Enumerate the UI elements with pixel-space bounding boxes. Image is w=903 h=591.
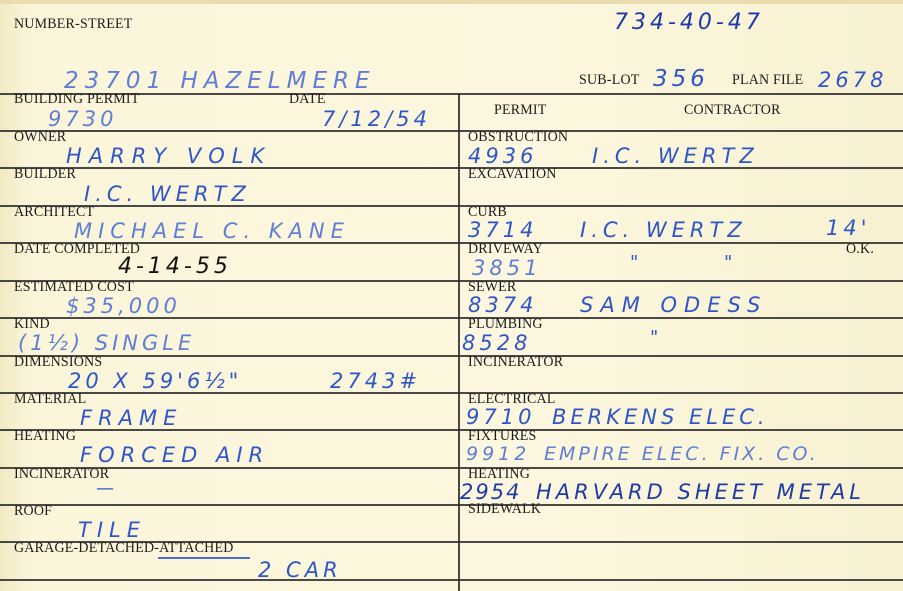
address-value: 23701 HAZELMERE: [64, 68, 376, 94]
date-label: DATE: [289, 92, 326, 109]
plumbing-contractor: ": [650, 327, 662, 348]
builder-value: I.C. WERTZ: [84, 182, 251, 206]
fixtures-permit: 9912: [466, 443, 530, 465]
building-permit-value: 9730: [48, 107, 117, 131]
permit-header: PERMIT: [494, 103, 547, 120]
permit-card: NUMBER-STREET 734-40-47 23701 HAZELMERE …: [0, 0, 903, 591]
date-completed-value: 4-14-55: [118, 254, 232, 279]
owner-value: HARRY VOLK: [66, 144, 271, 168]
material-label: MATERIAL: [14, 392, 86, 409]
incinerator-right-label: INCINERATOR: [468, 355, 563, 372]
roof-label: ROOF: [14, 504, 52, 521]
number-street-label: NUMBER-STREET: [14, 17, 133, 34]
owner-label: OWNER: [14, 130, 66, 147]
incinerator-label: INCINERATOR: [14, 467, 109, 484]
electrical-contractor: BERKENS ELEC.: [552, 405, 769, 429]
obstruction-contractor: I.C. WERTZ: [592, 144, 759, 168]
garage-value: 2 CAR: [258, 558, 342, 582]
plan-file-label: PLAN FILE: [732, 73, 803, 90]
rule: [0, 130, 903, 132]
heating-permit: 2954: [460, 480, 521, 504]
roof-value: TILE: [78, 518, 146, 542]
dimensions-value: 20 X 59'6½": [68, 369, 242, 393]
curb-note: 14': [826, 216, 871, 240]
sidewalk-label: SIDEWALK: [468, 502, 541, 519]
heating-contractor: HARVARD SHEET METAL: [536, 480, 865, 504]
sewer-permit: 8374: [468, 293, 537, 317]
driveway-permit: 3851: [472, 256, 541, 280]
heating-label: HEATING: [14, 429, 76, 446]
file-number: 734-40-47: [614, 10, 764, 35]
plan-file-value: 2678: [818, 68, 887, 92]
plumbing-permit: 8528: [462, 331, 531, 355]
garage-label: GARAGE-DETACHED-ATTACHED: [14, 541, 234, 558]
rule: [0, 504, 903, 506]
electrical-permit: 9710: [466, 405, 535, 429]
rule: [0, 355, 903, 357]
contractor-header: CONTRACTOR: [684, 103, 781, 120]
material-value: FRAME: [80, 406, 182, 430]
incinerator-value: —: [96, 478, 118, 499]
rule: [0, 467, 903, 469]
dimensions-extra: 2743#: [330, 369, 421, 393]
sub-lot-label: SUB-LOT: [579, 73, 640, 90]
column-divider: [458, 93, 460, 591]
excavation-label: EXCAVATION: [468, 167, 557, 184]
driveway-contractor: " ": [630, 252, 772, 273]
fixtures-contractor: EMPIRE ELEC. FIX. CO.: [544, 443, 819, 465]
curb-permit: 3714: [468, 218, 537, 242]
sub-lot-value: 356: [653, 66, 709, 92]
obstruction-permit: 4936: [468, 144, 537, 168]
rule: [0, 280, 903, 282]
date-value: 7/12/54: [322, 107, 431, 131]
building-permit-label: BUILDING PERMIT: [14, 92, 140, 109]
estimated-cost-value: $35,000: [66, 294, 181, 318]
architect-value: MICHAEL C. KANE: [74, 219, 350, 243]
driveway-status: O.K.: [846, 242, 874, 259]
attached-underline: [158, 557, 250, 559]
builder-label: BUILDER: [14, 167, 76, 184]
sewer-contractor: SAM ODESS: [580, 293, 767, 317]
rule: [0, 579, 903, 581]
kind-value: (1½) SINGLE: [18, 331, 195, 355]
curb-contractor: I.C. WERTZ: [580, 218, 747, 242]
heating-value: FORCED AIR: [80, 443, 269, 467]
card-top-edge: [0, 0, 903, 4]
